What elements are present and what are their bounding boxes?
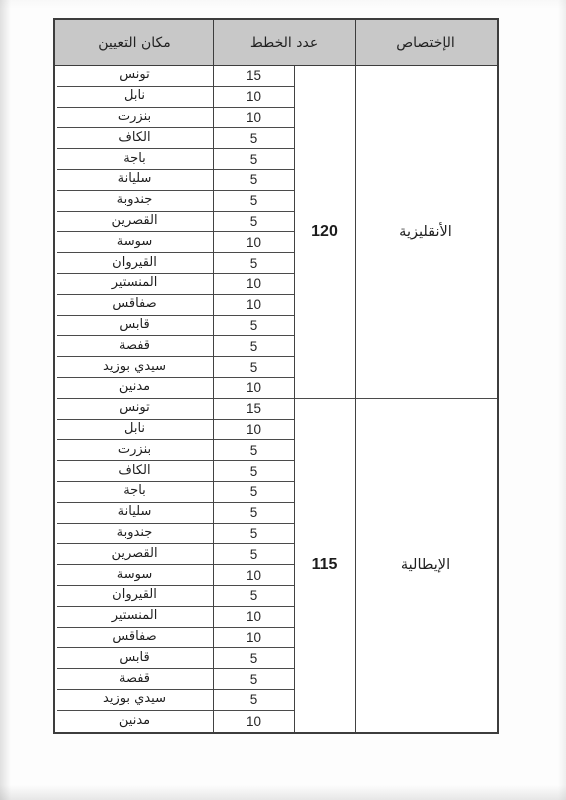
place-cell: بنزرت [57,440,213,461]
place-cell: جندوبة [57,524,213,545]
count-cell: 5 [214,336,294,357]
place-cell: القيروان [57,253,213,274]
place-cell: نابل [57,87,213,108]
place-cell: القصرين [57,544,213,565]
count-cell: 5 [214,316,294,337]
count-cell: 10 [214,274,294,295]
place-cell: مدنين [57,711,213,732]
count-cell: 5 [214,669,294,690]
total-cell-english: 120 [295,66,355,399]
place-cell: صفاقس [57,295,213,316]
place-cell: قفصة [57,336,213,357]
count-cell: 10 [214,108,294,129]
place-cell: سوسة [57,565,213,586]
count-cell: 10 [214,420,294,441]
count-cell: 5 [214,482,294,503]
place-cell: صفاقس [57,628,213,649]
place-cell: قابس [57,648,213,669]
place-cell: بنزرت [57,108,213,129]
header-place: مكان التعيين [57,20,213,65]
place-cell: المنستير [57,607,213,628]
count-cell: 15 [214,66,294,87]
count-cell: 10 [214,711,294,732]
place-cell: سليانة [57,170,213,191]
count-cell: 5 [214,503,294,524]
count-cell: 5 [214,524,294,545]
count-cell: 10 [214,295,294,316]
total-cell-italian: 115 [295,399,355,732]
place-cell: قفصة [57,669,213,690]
count-cell: 10 [214,378,294,399]
count-cell: 10 [214,232,294,253]
place-cell: جندوبة [57,191,213,212]
place-cell: مدنين [57,378,213,399]
header-count: عدد الخطط [213,20,356,65]
places-column: تونسنابلبنزرتالكافباجةسليانةجندوبةالقصري… [57,66,213,732]
place-cell: القيروان [57,586,213,607]
place-cell: باجة [57,482,213,503]
place-cell: سيدي بوزيد [57,357,213,378]
counts-column: 1510105555510510105551015105555551051010… [213,66,294,732]
count-cell: 5 [214,544,294,565]
specialty-cell-english: الأنقليزية [354,66,497,399]
count-cell: 5 [214,586,294,607]
place-cell: سيدي بوزيد [57,690,213,711]
totals-column: 120 115 [294,66,356,732]
place-cell: باجة [57,149,213,170]
count-cell: 10 [214,87,294,108]
place-cell: نابل [57,420,213,441]
count-cell: 15 [214,399,294,420]
count-cell: 5 [214,648,294,669]
count-cell: 5 [214,690,294,711]
place-cell: تونس [57,399,213,420]
specialty-column: الأنقليزية الإيطالية [354,66,497,732]
place-cell: سليانة [57,503,213,524]
count-cell: 10 [214,565,294,586]
count-cell: 5 [214,212,294,233]
place-cell: تونس [57,66,213,87]
count-cell: 10 [214,607,294,628]
place-cell: الكاف [57,461,213,482]
count-cell: 5 [214,128,294,149]
count-cell: 10 [214,628,294,649]
count-cell: 5 [214,440,294,461]
count-cell: 5 [214,357,294,378]
place-cell: الكاف [57,128,213,149]
table-body: الأنقليزية الإيطالية 120 115 15101055555… [55,66,497,732]
scanned-document-page: الإختصاص عدد الخطط مكان التعيين الأنقليز… [0,0,566,800]
assignments-table: الإختصاص عدد الخطط مكان التعيين الأنقليز… [53,18,499,734]
header-specialty: الإختصاص [354,20,497,65]
place-cell: سوسة [57,232,213,253]
count-cell: 5 [214,461,294,482]
count-cell: 5 [214,191,294,212]
count-cell: 5 [214,170,294,191]
table-header-row: الإختصاص عدد الخطط مكان التعيين [55,20,497,66]
count-cell: 5 [214,149,294,170]
count-cell: 5 [214,253,294,274]
specialty-cell-italian: الإيطالية [354,399,497,732]
place-cell: المنستير [57,274,213,295]
place-cell: القصرين [57,212,213,233]
place-cell: قابس [57,316,213,337]
